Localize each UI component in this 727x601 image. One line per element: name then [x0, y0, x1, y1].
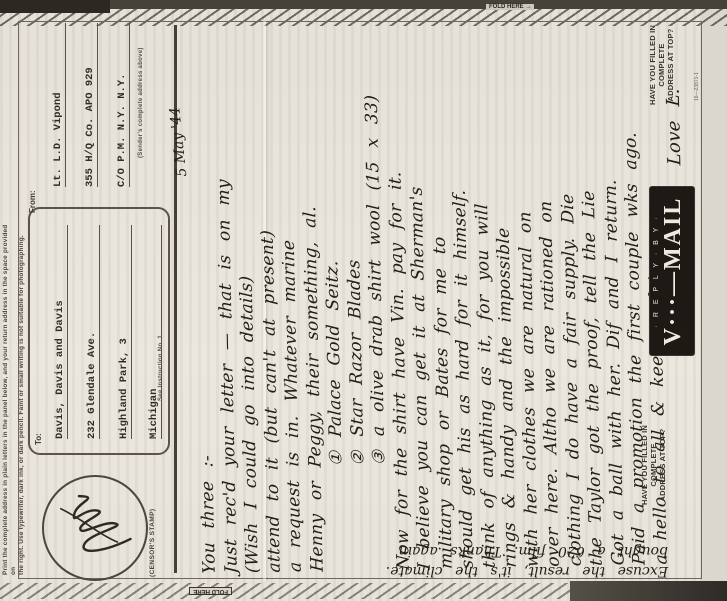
- address-check-left: HAVE YOU FILLED IN COMPLETE ADDRESS AT T…: [640, 409, 667, 521]
- address-check-text: HAVE YOU FILLED IN COMPLETE: [640, 409, 658, 521]
- from-label: From:: [28, 190, 37, 213]
- scan-dark-corner-bottom: [570, 581, 727, 601]
- address-check-text: ADDRESS AT TOP?: [658, 409, 667, 521]
- form-serial-number: 16—23871-1: [694, 72, 700, 101]
- vmail-logo: · R E P L Y · B Y · V···—MAIL: [650, 187, 694, 355]
- scan-bottom-margin: [700, 0, 727, 601]
- to-address-line: Michigan: [148, 225, 162, 439]
- margin-line: Excuse the result, it's the climate.: [198, 559, 668, 579]
- address-check-text: HAVE YOU FILLED IN COMPLETE: [648, 15, 666, 115]
- to-address-panel: To: Davis, Davis and Davis 232 Glendale …: [28, 207, 170, 455]
- vmail-scan: FOLD HERE → FOLD HERE Print the complete…: [0, 0, 727, 601]
- letter-body: You three :- Just rec'd your letter — th…: [188, 18, 694, 574]
- vmail-form: FOLD HERE → FOLD HERE Print the complete…: [0, 0, 727, 601]
- fold-here-bottom-label: FOLD HERE: [189, 587, 232, 595]
- print-instructions: Print the complete address in plain lett…: [2, 219, 26, 575]
- fold-here-top-label: FOLD HERE →: [486, 4, 534, 10]
- from-address-line: C/O P.M. N.Y. N.Y.: [116, 23, 130, 187]
- margin-line: bought a 620 film. Thanks again: [198, 539, 668, 559]
- letter-margin-postscript: Excuse the result, it's the climate. bou…: [198, 539, 668, 579]
- sender-address-note: (Sender's complete address above): [138, 47, 144, 158]
- vmail-logo-main-text: V···—MAIL: [660, 187, 686, 355]
- from-address-line: Lt. L.D. Vipond: [52, 23, 66, 187]
- to-address-line: Highland Park, 3: [118, 225, 132, 439]
- print-instructions-line1: Print the complete address in plain lett…: [2, 219, 18, 575]
- censor-stamp-label: (CENSOR'S STAMP): [149, 509, 156, 578]
- vmail-logo-reply-text: · R E P L Y · B Y ·: [650, 187, 660, 355]
- to-address-line: Davis, Davis and Davis: [54, 225, 68, 439]
- to-label: To:: [34, 433, 43, 445]
- address-check-right: HAVE YOU FILLED IN COMPLETE ADDRESS AT T…: [648, 15, 675, 115]
- see-instruction-note: See Instruction No. 1: [158, 335, 164, 401]
- address-check-text: ADDRESS AT TOP?: [666, 15, 675, 115]
- scan-dark-corner-top: [0, 0, 110, 13]
- censor-stamp-circle: [42, 475, 148, 581]
- from-address-line: 355 H/Q Co. APO 929: [84, 23, 98, 187]
- to-address-line: 232 Glendale Ave.: [86, 225, 100, 439]
